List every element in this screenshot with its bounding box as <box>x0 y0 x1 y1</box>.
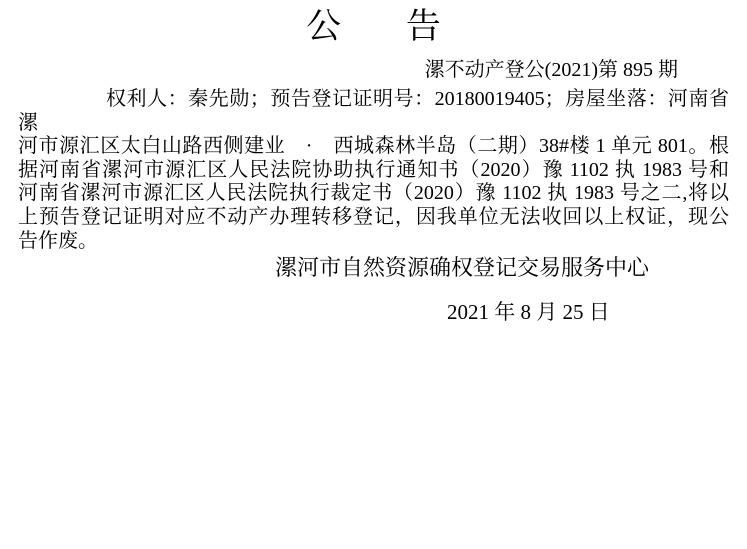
body-line-1: 权利人：秦先勋；预告登记证明号：20180019405；房屋坐落：河南省漯 <box>18 88 729 135</box>
announcement-document: 公 告 漯不动产登公(2021)第 895 期 权利人：秦先勋；预告登记证明号：… <box>0 0 747 549</box>
issue-date: 2021 年 8 月 25 日 <box>447 299 610 325</box>
body-line-4: 河南省漯河市源汇区人民法院执行裁定书（2020）豫 1102 执 1983 号之… <box>18 182 729 206</box>
issuer-signature: 漯河市自然资源确权登记交易服务中心 <box>275 255 649 281</box>
body-line-3: 据河南省漯河市源汇区人民法院协助执行通知书（2020）豫 1102 执 1983… <box>18 159 729 183</box>
body-line-6: 告作废。 <box>18 230 729 254</box>
body-line-5: 上预告登记证明对应不动产办理转移登记，因我单位无法收回以上权证，现公 <box>18 206 729 230</box>
announcement-body: 权利人：秦先勋；预告登记证明号：20180019405；房屋坐落：河南省漯 河市… <box>18 88 729 253</box>
page-title: 公 告 <box>0 6 747 48</box>
doc-number: 漯不动产登公(2021)第 895 期 <box>425 58 678 82</box>
body-line-2: 河市源汇区太白山路西侧建业 · 西城森林半岛（二期）38#楼 1 单元 801。… <box>18 135 729 159</box>
